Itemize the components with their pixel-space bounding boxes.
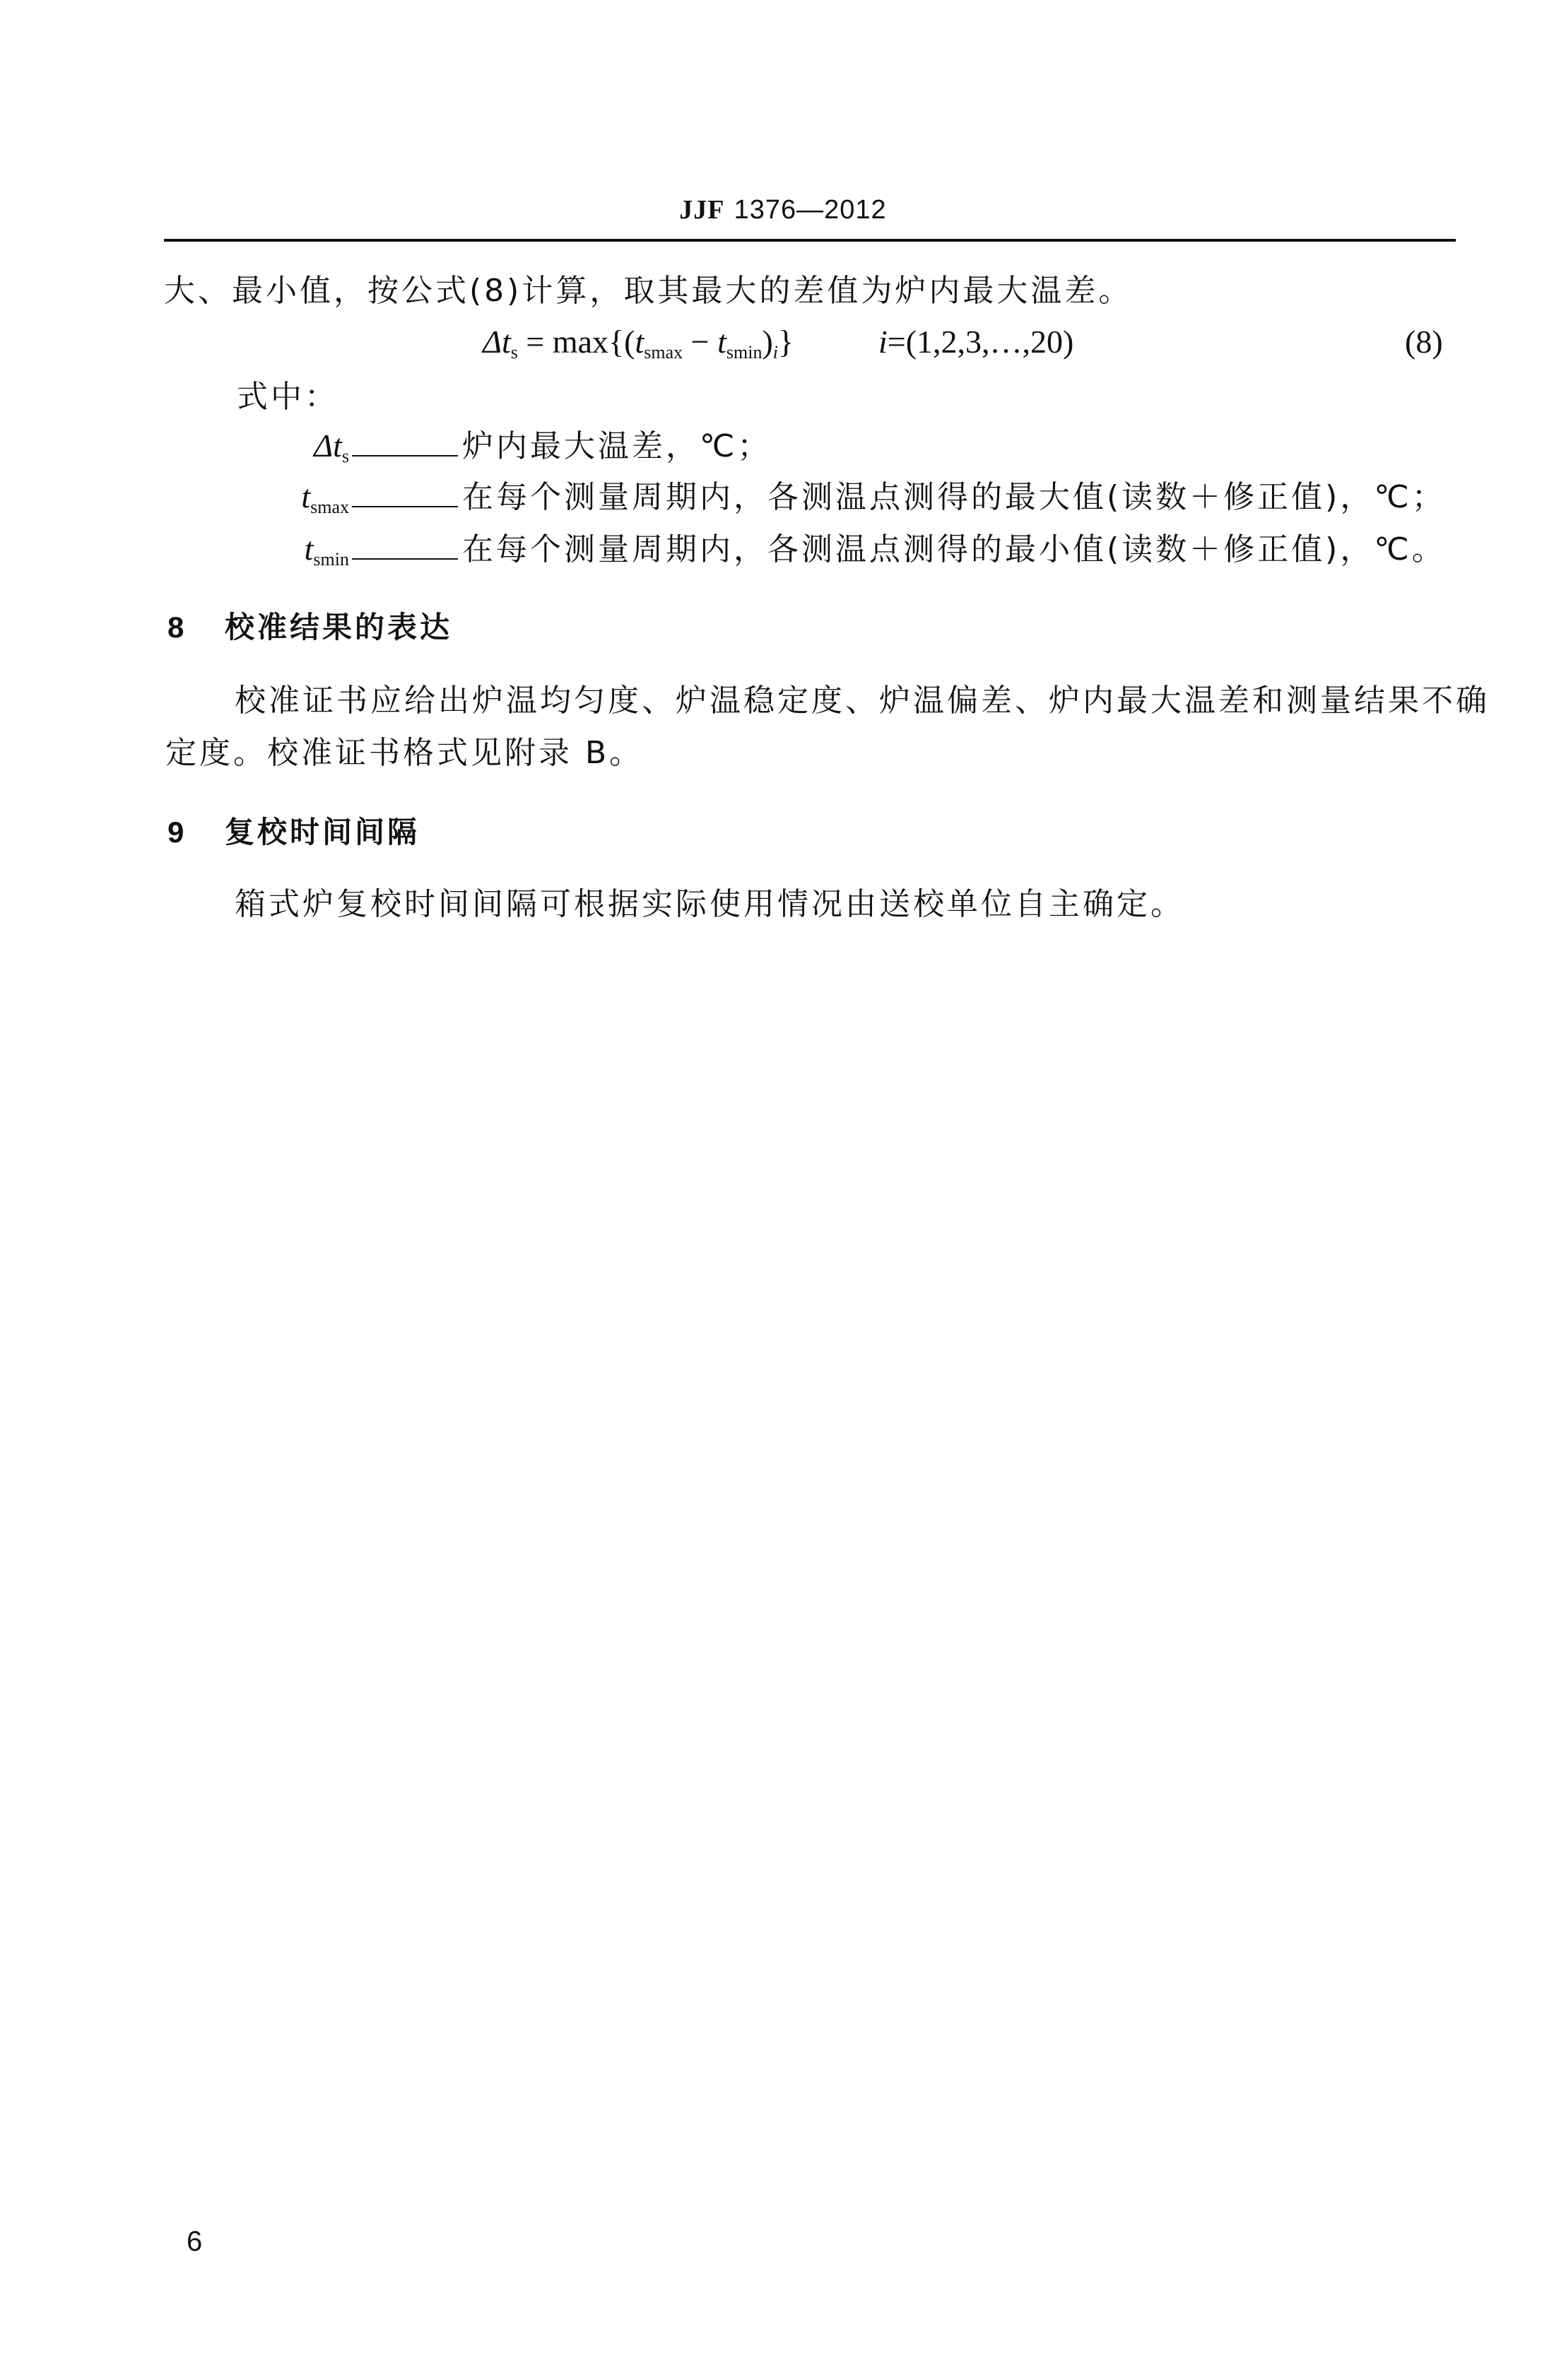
definition-delta-ts: Δts 炉内最大温差，℃； bbox=[225, 427, 771, 466]
eq-range-var: i bbox=[878, 324, 888, 360]
header-rule bbox=[164, 239, 1456, 242]
eq-range-equals: = bbox=[888, 324, 906, 360]
section-title: 复校时间间隔 bbox=[225, 814, 420, 851]
eq-max: max bbox=[553, 324, 608, 360]
eq-t-smin: t bbox=[717, 324, 726, 360]
eq-index: i bbox=[773, 342, 778, 363]
definition-text: 炉内最大温差，℃； bbox=[462, 427, 771, 466]
eq-lhs: Δts bbox=[483, 324, 518, 360]
equation-number: (8) bbox=[1405, 322, 1443, 362]
section-8-paragraph-line-1: 校准证书应给出炉温均匀度、炉温稳定度、炉温偏差、炉内最大温差和测量结果不确 bbox=[235, 681, 1490, 721]
standard-number: 1376—2012 bbox=[734, 195, 887, 225]
definition-symbol: Δts bbox=[225, 427, 349, 464]
definition-t-smin: tsmin 在每个测量周期内，各测温点测得的最小值(读数＋修正值)，℃。 bbox=[225, 530, 1446, 570]
section-title: 校准结果的表达 bbox=[225, 609, 452, 646]
definition-symbol: tsmax bbox=[225, 478, 349, 515]
section-number: 9 bbox=[167, 815, 184, 849]
eq-close-brace: } bbox=[778, 324, 794, 360]
section-8-paragraph-line-2: 定度。校准证书格式见附录 B。 bbox=[165, 734, 643, 773]
running-header: JJF 1376—2012 bbox=[0, 192, 1566, 227]
equation-range: i=(1,2,3,…,20) bbox=[878, 322, 1073, 362]
eq-close-paren: ) bbox=[762, 324, 772, 360]
section-9-heading: 9 复校时间间隔 bbox=[167, 814, 184, 851]
definition-t-smax: tsmax 在每个测量周期内，各测温点测得的最大值(读数＋修正值)，℃； bbox=[225, 478, 1446, 517]
section-number: 8 bbox=[167, 611, 184, 644]
page-number: 6 bbox=[187, 2225, 202, 2258]
equation-8: Δts = max{(tsmax − tsmin)i} bbox=[483, 322, 794, 362]
continuation-paragraph: 大、最小值，按公式(8)计算，取其最大的差值为炉内最大温差。 bbox=[164, 271, 1132, 311]
eq-equals: = bbox=[526, 324, 544, 360]
eq-minus: − bbox=[691, 324, 710, 360]
eq-t-smax: t bbox=[635, 324, 644, 360]
eq-sub-smin: smin bbox=[726, 342, 763, 363]
eq-open: {( bbox=[608, 324, 635, 360]
definition-text: 在每个测量周期内，各测温点测得的最大值(读数＋修正值)，℃； bbox=[462, 478, 1446, 517]
em-dash bbox=[352, 558, 458, 560]
eq-range-values: (1,2,3,…,20) bbox=[906, 324, 1074, 360]
em-dash bbox=[352, 506, 458, 507]
definition-text: 在每个测量周期内，各测温点测得的最小值(读数＋修正值)，℃。 bbox=[462, 530, 1446, 570]
section-9-paragraph: 箱式炉复校时间间隔可根据实际使用情况由送校单位自主确定。 bbox=[235, 885, 1184, 924]
eq-sub-smax: smax bbox=[644, 342, 683, 363]
where-label: 式中： bbox=[237, 377, 338, 417]
definition-symbol: tsmin bbox=[225, 530, 349, 567]
standard-code: JJF bbox=[679, 195, 724, 225]
em-dash bbox=[352, 455, 458, 456]
section-8-heading: 8 校准结果的表达 bbox=[167, 609, 184, 646]
